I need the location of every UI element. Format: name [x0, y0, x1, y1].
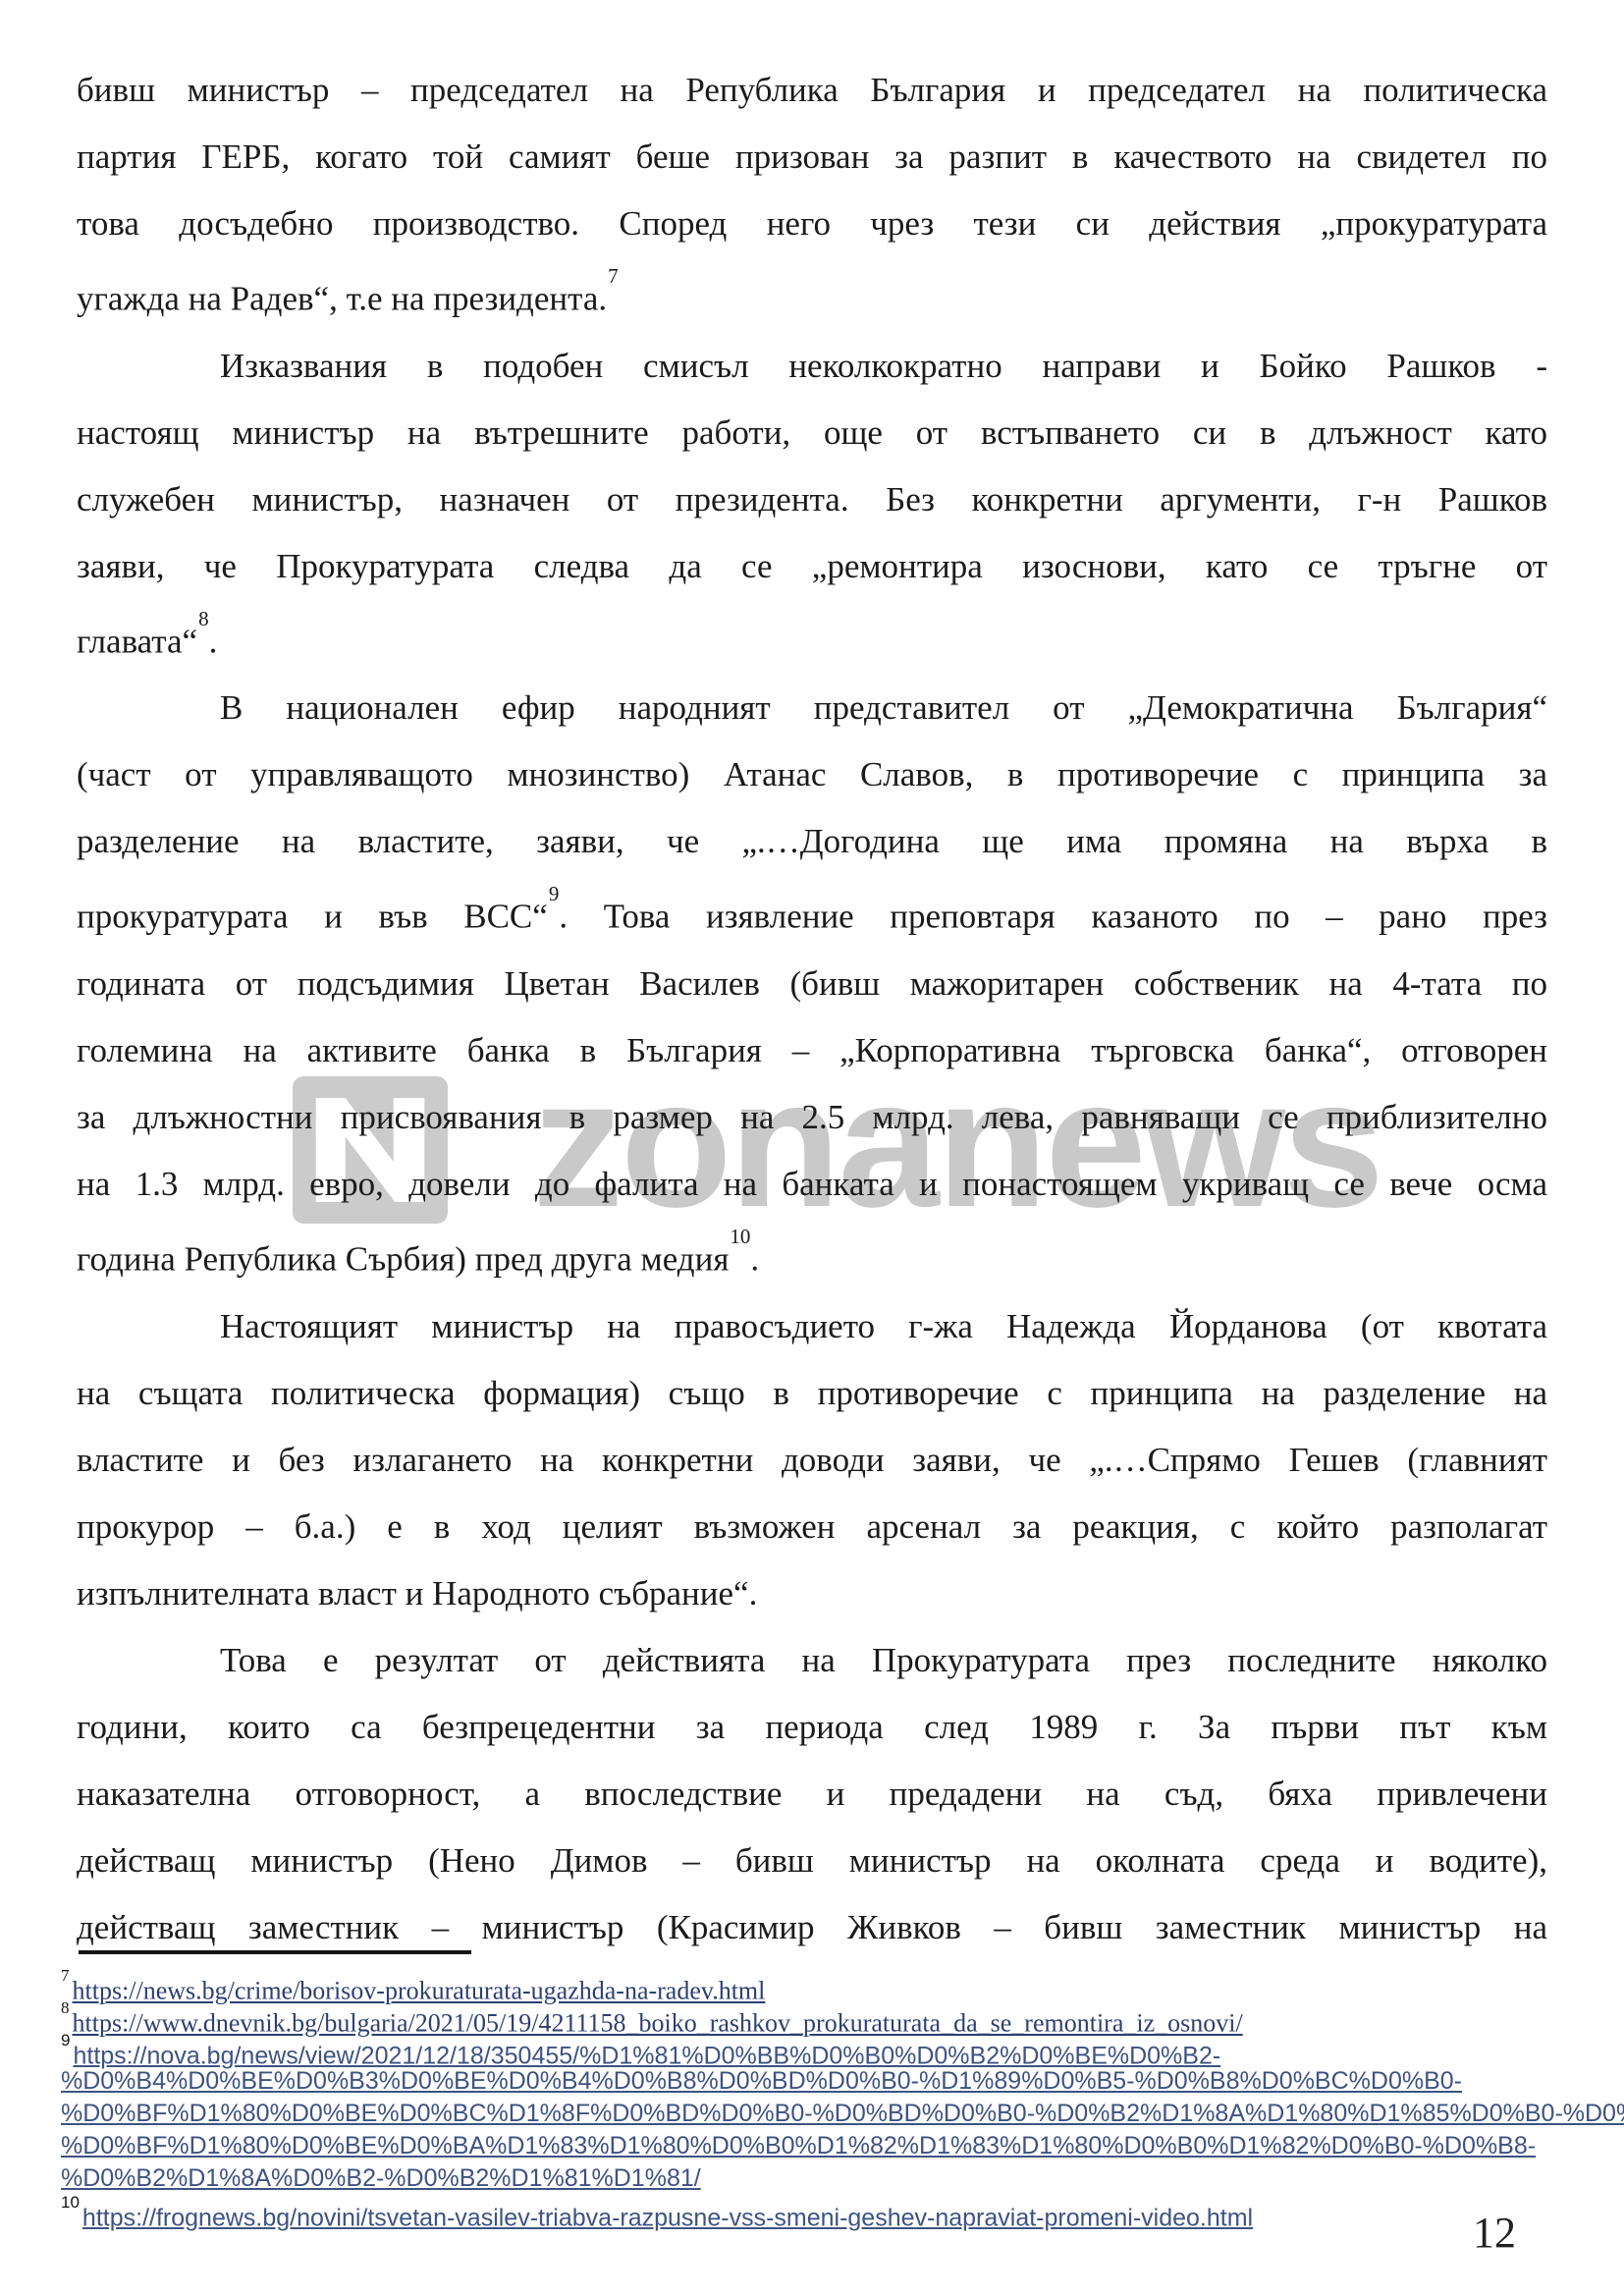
body-line: властите и без излагането на конкретни д… — [77, 1427, 1547, 1494]
footnote-line: 7https://news.bg/crime/borisov-prokuratu… — [61, 1968, 1563, 2000]
footnote-reference: 9 — [549, 882, 560, 905]
page-number: 12 — [1473, 2208, 1516, 2258]
footnote-line: 9https://nova.bg/news/view/2021/12/18/35… — [61, 2033, 1563, 2065]
body-line: годината от подсъдимия Цветан Василев (б… — [77, 951, 1547, 1017]
footnote-line: %D0%B4%D0%BE%D0%B3%D0%BE%D0%B4%D0%B8%D0%… — [61, 2065, 1563, 2098]
footnote: 9https://nova.bg/news/view/2021/12/18/35… — [61, 2033, 1563, 2195]
footnote-line: 10https://frognews.bg/novini/tsvetan-vas… — [61, 2195, 1563, 2227]
body-line: настоящ министър на вътрешните работи, о… — [77, 400, 1547, 466]
body-line: бивш министър – председател на Република… — [77, 57, 1547, 124]
body-line: година Република Сърбия) пред друга меди… — [77, 1218, 1547, 1293]
body-line: служебен министър, назначен от президент… — [77, 466, 1547, 533]
document-page: zonanews бивш министър – председател на … — [0, 0, 1624, 2296]
body-line: години, които са безпрецедентни за перио… — [77, 1694, 1547, 1761]
footnote-link[interactable]: https://frognews.bg/novini/tsvetan-vasil… — [82, 2204, 1253, 2231]
body-paragraph: Това е резултат от действията на Прокура… — [77, 1627, 1547, 1961]
body-line: Изказвания в подобен смисъл неколкократн… — [77, 333, 1547, 400]
body-line: Това е резултат от действията на Прокура… — [77, 1627, 1547, 1694]
footnote-line: %D0%B2%D1%8A%D0%B2-%D0%B2%D1%81%D1%81/ — [61, 2162, 1563, 2195]
footnote-line: 8https://www.dnevnik.bg/bulgaria/2021/05… — [61, 2000, 1563, 2033]
footnote-link[interactable]: %D0%BF%D1%80%D0%BE%D0%BA%D1%83%D1%80%D0%… — [61, 2132, 1536, 2159]
body-line: (част от управляващото мнозинство) Атана… — [77, 741, 1547, 808]
footnote-separator — [79, 1950, 471, 1954]
body-line: заяви, че Прокуратурата следва да се „ре… — [77, 533, 1547, 600]
body-paragraph: Настоящият министър на правосъдието г-жа… — [77, 1293, 1547, 1627]
body-line: за длъжностни присвоявания в размер на 2… — [77, 1084, 1547, 1151]
footnotes: 7https://news.bg/crime/borisov-prokuratu… — [61, 1950, 1563, 2227]
body-line: разделение на властите, заяви, че „.…Дог… — [77, 808, 1547, 875]
footnote-marker: 9 — [61, 2031, 70, 2050]
body-line: угажда на Радев“, т.е на президента.7 — [77, 257, 1547, 333]
body-line: изпълнителната власт и Народното събрани… — [77, 1560, 1547, 1627]
body-text: бивш министър – председател на Република… — [77, 57, 1547, 1961]
body-line: на същата политическа формация) също в п… — [77, 1360, 1547, 1427]
footnote-reference: 10 — [730, 1225, 750, 1248]
footnote-line: %D0%BF%D1%80%D0%BE%D0%BA%D1%83%D1%80%D0%… — [61, 2130, 1563, 2162]
body-line: Настоящият министър на правосъдието г-жа… — [77, 1293, 1547, 1360]
body-paragraph: В национален ефир народният представител… — [77, 675, 1547, 1292]
body-line: партия ГЕРБ, когато той самият беше приз… — [77, 124, 1547, 191]
footnote-link[interactable]: %D0%BF%D1%80%D0%BE%D0%BC%D1%8F%D0%BD%D0%… — [61, 2100, 1624, 2127]
body-line: големина на активите банка в България – … — [77, 1017, 1547, 1084]
footnote-line: %D0%BF%D1%80%D0%BE%D0%BC%D1%8F%D0%BD%D0%… — [61, 2098, 1563, 2130]
footnote-marker: 8 — [61, 1998, 70, 2017]
footnote-reference: 7 — [608, 264, 619, 288]
footnote: 7https://news.bg/crime/borisov-prokuratu… — [61, 1968, 1563, 2000]
body-line: на 1.3 млрд. евро, довели до фалита на б… — [77, 1151, 1547, 1218]
footnote-marker: 7 — [61, 1966, 70, 1985]
body-line: прокурор – б.а.) е в ход целият възможен… — [77, 1494, 1547, 1560]
body-paragraph: Изказвания в подобен смисъл неколкократн… — [77, 333, 1547, 676]
body-line: главата“8. — [77, 600, 1547, 676]
footnote: 10https://frognews.bg/novini/tsvetan-vas… — [61, 2195, 1563, 2227]
footnote-link[interactable]: %D0%B4%D0%BE%D0%B3%D0%BE%D0%B4%D0%B8%D0%… — [61, 2067, 1462, 2095]
footnote-marker: 10 — [61, 2193, 80, 2212]
footnote-link[interactable]: %D0%B2%D1%8A%D0%B2-%D0%B2%D1%81%D1%81/ — [61, 2164, 701, 2192]
footnote-list: 7https://news.bg/crime/borisov-prokuratu… — [61, 1968, 1563, 2227]
footnote-reference: 8 — [198, 607, 209, 630]
body-line: прокуратурата и във ВСС“9. Това изявлени… — [77, 875, 1547, 951]
body-line: наказателна отговорност, а впоследствие … — [77, 1761, 1547, 1828]
body-line: В национален ефир народният представител… — [77, 675, 1547, 741]
footnote: 8https://www.dnevnik.bg/bulgaria/2021/05… — [61, 2000, 1563, 2033]
body-line: действащ министър (Нено Димов – бивш мин… — [77, 1828, 1547, 1894]
body-paragraph: бивш министър – председател на Република… — [77, 57, 1547, 333]
body-line: това досъдебно производство. Според него… — [77, 191, 1547, 257]
